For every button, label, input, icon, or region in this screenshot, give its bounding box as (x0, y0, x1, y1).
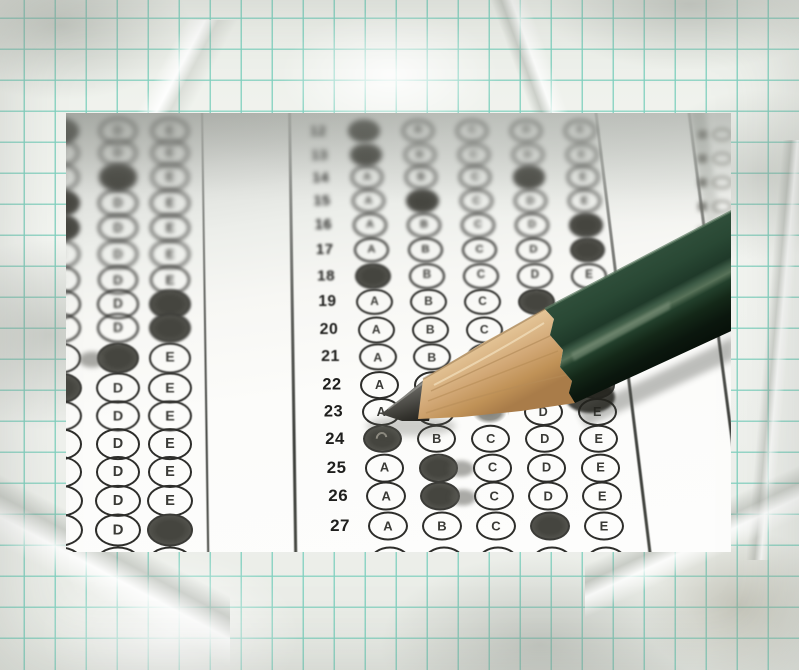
bubble-22-B: B (414, 371, 452, 399)
blurred-bubble (712, 200, 731, 213)
bubble-16-C: C (461, 213, 495, 238)
bubble-letter: D (534, 324, 543, 336)
bubble-15-A: A (352, 189, 386, 213)
bubble-23-B: B (416, 398, 455, 426)
bubble-letter: E (585, 270, 593, 282)
bubble-27-B: B (422, 512, 462, 541)
bubble-26-D: D (528, 482, 568, 511)
bubble-letter: D (542, 462, 551, 475)
blurred-question-number (698, 154, 707, 163)
bubble-letter: E (577, 126, 584, 136)
pencil-smear (448, 461, 474, 477)
bubble-letter: B (420, 219, 428, 230)
bubble-letter: E (587, 296, 595, 308)
bubble-21-D: D (521, 343, 559, 370)
bubble-25-B: B (419, 454, 459, 483)
bubble-27-E: E (584, 512, 624, 541)
bubble-23-E: E (578, 398, 617, 426)
question-number: 19 (293, 293, 337, 311)
bubble-letter: C (480, 324, 489, 336)
bubble-24-C: C (471, 425, 510, 453)
bubble-28-D: D (532, 547, 572, 553)
bubble-letter: C (474, 219, 482, 230)
bubble-17-A: A (354, 237, 389, 262)
bubble-26-A: A (366, 482, 406, 511)
bubble-24-B: B (417, 425, 456, 453)
bubble-letter: A (377, 406, 386, 419)
question-number: 15 (287, 193, 331, 209)
erase-mark (374, 430, 390, 446)
bubble-letter: E (598, 490, 607, 503)
bubble-letter: E (596, 462, 605, 475)
bubble-17-B: B (408, 237, 443, 262)
bubble-letter: C (473, 196, 481, 207)
bubble-letter: D (543, 490, 552, 503)
question-number: 18 (291, 268, 335, 285)
bubble-18-C: C (463, 263, 499, 289)
bubble-letter: A (380, 462, 389, 475)
bubble-18-E: E (571, 263, 607, 289)
bubble-letter: C (489, 490, 498, 503)
bubble-letter: D (535, 351, 544, 363)
blurred-bubble (712, 225, 731, 238)
photo-answer-sheet: CDECDECDECDECDECDECDECDECDECDECDECDECDEC… (66, 113, 731, 552)
bubble-15-E: E (568, 189, 602, 213)
bubble-17-D: D (516, 237, 551, 262)
bubble-letter: C (477, 270, 485, 282)
crumpled-graph-paper-background: CDECDECDECDECDECDECDECDECDECDECDECDECDEC… (0, 0, 799, 670)
bubble-19-D: D (518, 289, 554, 315)
bubble-letter: B (432, 433, 441, 446)
blurred-row-mark (698, 152, 731, 166)
question-number: 12 (282, 124, 326, 139)
bubble-letter: A (365, 196, 373, 207)
question-number: 13 (284, 148, 328, 163)
bubble-20-C: C (466, 317, 503, 344)
bubble-25-E: E (581, 454, 621, 483)
bubble-26-B: B (420, 482, 460, 511)
bubble-letter: E (600, 520, 609, 533)
question-number: 21 (296, 348, 340, 366)
bubble-12-D: D (510, 119, 542, 142)
bubble-letter: A (363, 172, 371, 183)
blurred-bubble (712, 249, 731, 262)
bubble-14-C: C (459, 165, 492, 189)
bubble-letter: E (581, 196, 588, 207)
bubble-letter: A (367, 244, 375, 255)
question-number: 23 (299, 403, 343, 422)
bubble-23-D: D (524, 398, 563, 426)
bubble-letter: E (578, 150, 585, 161)
bubble-letter: B (421, 244, 429, 255)
question-number: 14 (285, 169, 329, 185)
bubble-16-D: D (515, 213, 549, 238)
bubble-letter: B (427, 351, 436, 363)
bubble-letter: A (370, 296, 379, 308)
bubble-12-C: C (456, 119, 488, 142)
bubble-13-C: C (458, 143, 490, 166)
bubble-28-E: E (586, 547, 626, 553)
bubble-22-D: D (522, 371, 560, 399)
bubble-20-D: D (520, 317, 557, 344)
bubble-21-B: B (413, 343, 451, 370)
bubble-12-A: A (348, 119, 380, 142)
question-number: 24 (301, 429, 345, 449)
bubble-22-A: A (360, 371, 398, 399)
blurred-row-mark (698, 249, 731, 263)
question-number: 28 (308, 551, 352, 552)
bubble-26-E: E (582, 482, 622, 511)
bubble-24-D: D (525, 425, 564, 453)
bubble-letter: D (524, 150, 532, 161)
question-number: 22 (298, 376, 342, 395)
question-number: 16 (288, 217, 332, 233)
bubble-letter: B (424, 296, 433, 308)
bubble-letter: B (426, 324, 435, 336)
bubble-14-E: E (567, 165, 600, 189)
bubble-12-E: E (564, 119, 596, 142)
bubble-letter: B (417, 172, 425, 183)
bubble-letter: D (539, 406, 548, 419)
bubble-letter: D (527, 196, 535, 207)
bubble-letter: A (383, 520, 392, 533)
bubble-15-D: D (514, 189, 548, 213)
bubble-letter: E (590, 351, 598, 363)
bubble-20-A: A (358, 317, 395, 344)
bubble-14-D: D (513, 165, 546, 189)
blurred-row-mark (698, 225, 731, 239)
bubble-letter: B (437, 520, 446, 533)
bubble-21-A: A (359, 343, 397, 370)
bubble-13-D: D (512, 143, 544, 166)
bubble-letter: E (595, 433, 604, 446)
bubble-28-A: A (370, 547, 410, 553)
bubble-14-A: A (351, 165, 384, 189)
bubble-16-E: E (569, 213, 603, 238)
bubble-letter: B (415, 126, 423, 136)
bubble-letter: D (523, 126, 531, 136)
bubble-letter: B (431, 406, 440, 419)
bubble-18-D: D (517, 263, 553, 289)
question-number: 17 (289, 242, 333, 258)
blurred-bubble (712, 152, 731, 165)
bubble-28-C: C (478, 547, 518, 553)
question-number: 25 (303, 458, 347, 478)
question-number: 20 (294, 321, 338, 339)
blurred-bubble (712, 176, 731, 189)
bubble-18-B: B (409, 263, 445, 289)
bubble-25-D: D (527, 454, 567, 483)
bubble-letter: E (593, 406, 601, 419)
bubble-letter: B (423, 270, 431, 282)
bubble-letter: D (540, 433, 549, 446)
bubble-17-E: E (570, 237, 605, 262)
bubble-14-B: B (405, 165, 438, 189)
bubble-letter: C (475, 244, 483, 255)
bubble-28-B: B (424, 547, 464, 553)
bubble-19-B: B (410, 289, 446, 315)
bubble-20-E: E (574, 317, 611, 344)
blurred-question-number (698, 178, 707, 187)
bubble-15-C: C (460, 189, 494, 213)
bubble-18-A: A (355, 263, 391, 289)
bubble-13-B: B (404, 143, 436, 166)
bubble-letter: C (478, 296, 487, 308)
bubble-letter: C (486, 433, 495, 446)
bubble-letter: D (537, 379, 546, 391)
blurred-question-number (698, 251, 707, 260)
bubble-letter: C (481, 351, 490, 363)
mid-answer-block: 12ABCDE13ABCDE14ABCDE15ABCDE16ABCDE17ABC… (66, 113, 731, 552)
bubble-letter: C (488, 462, 497, 475)
bubble-letter: B (429, 379, 438, 391)
blurred-question-number (698, 130, 707, 139)
blurred-question-number (698, 227, 707, 236)
bubble-19-E: E (572, 289, 608, 315)
bubble-letter: A (372, 324, 381, 336)
bubble-letter: C (483, 379, 492, 391)
bubble-21-C: C (467, 343, 505, 370)
bubble-25-A: A (365, 454, 405, 483)
bubble-13-E: E (566, 143, 598, 166)
right-answer-block (698, 113, 731, 313)
bubble-15-B: B (406, 189, 440, 213)
bubble-letter: E (580, 172, 587, 183)
bubble-27-D: D (530, 512, 570, 541)
bubble-letter: A (381, 490, 390, 503)
bubble-23-C: C (470, 398, 509, 426)
bubble-20-B: B (412, 317, 449, 344)
bubble-letter: C (491, 520, 500, 533)
bubble-13-A: A (350, 143, 382, 166)
bubble-22-C: C (468, 371, 506, 399)
bubble-letter: C (469, 126, 477, 136)
bubble-21-E: E (575, 343, 613, 370)
bubble-letter: D (529, 244, 537, 255)
bubble-25-C: C (473, 454, 513, 483)
bubble-24-E: E (579, 425, 618, 453)
question-number: 26 (304, 486, 348, 506)
blurred-row-mark (698, 176, 731, 190)
bubble-27-C: C (476, 512, 516, 541)
blurred-row-mark (698, 128, 731, 142)
bubble-letter: D (531, 270, 539, 282)
question-number: 27 (306, 516, 350, 536)
bubble-letter: A (375, 379, 384, 391)
bubble-letter: C (471, 172, 479, 183)
bubble-letter: B (416, 150, 424, 161)
bubble-27-A: A (368, 512, 408, 541)
bubble-16-B: B (407, 213, 441, 238)
bubble-letter: A (366, 219, 374, 230)
bubble-letter: D (528, 219, 536, 230)
bubble-letter: C (470, 150, 478, 161)
bubble-19-A: A (356, 289, 392, 315)
blurred-question-number (698, 202, 707, 211)
bubble-24-A: A (363, 425, 402, 453)
bubble-22-E: E (576, 371, 614, 399)
bubble-letter: E (588, 324, 596, 336)
bubble-26-C: C (474, 482, 514, 511)
bubble-12-B: B (402, 119, 434, 142)
pencil-smear (450, 489, 476, 505)
blurred-bubble (712, 128, 731, 141)
bubble-16-A: A (353, 213, 387, 238)
bubble-19-C: C (464, 289, 500, 315)
bubble-17-C: C (462, 237, 497, 262)
blurred-row-mark (698, 200, 731, 214)
bubble-letter: A (373, 351, 382, 363)
bubble-23-A: A (362, 398, 401, 426)
